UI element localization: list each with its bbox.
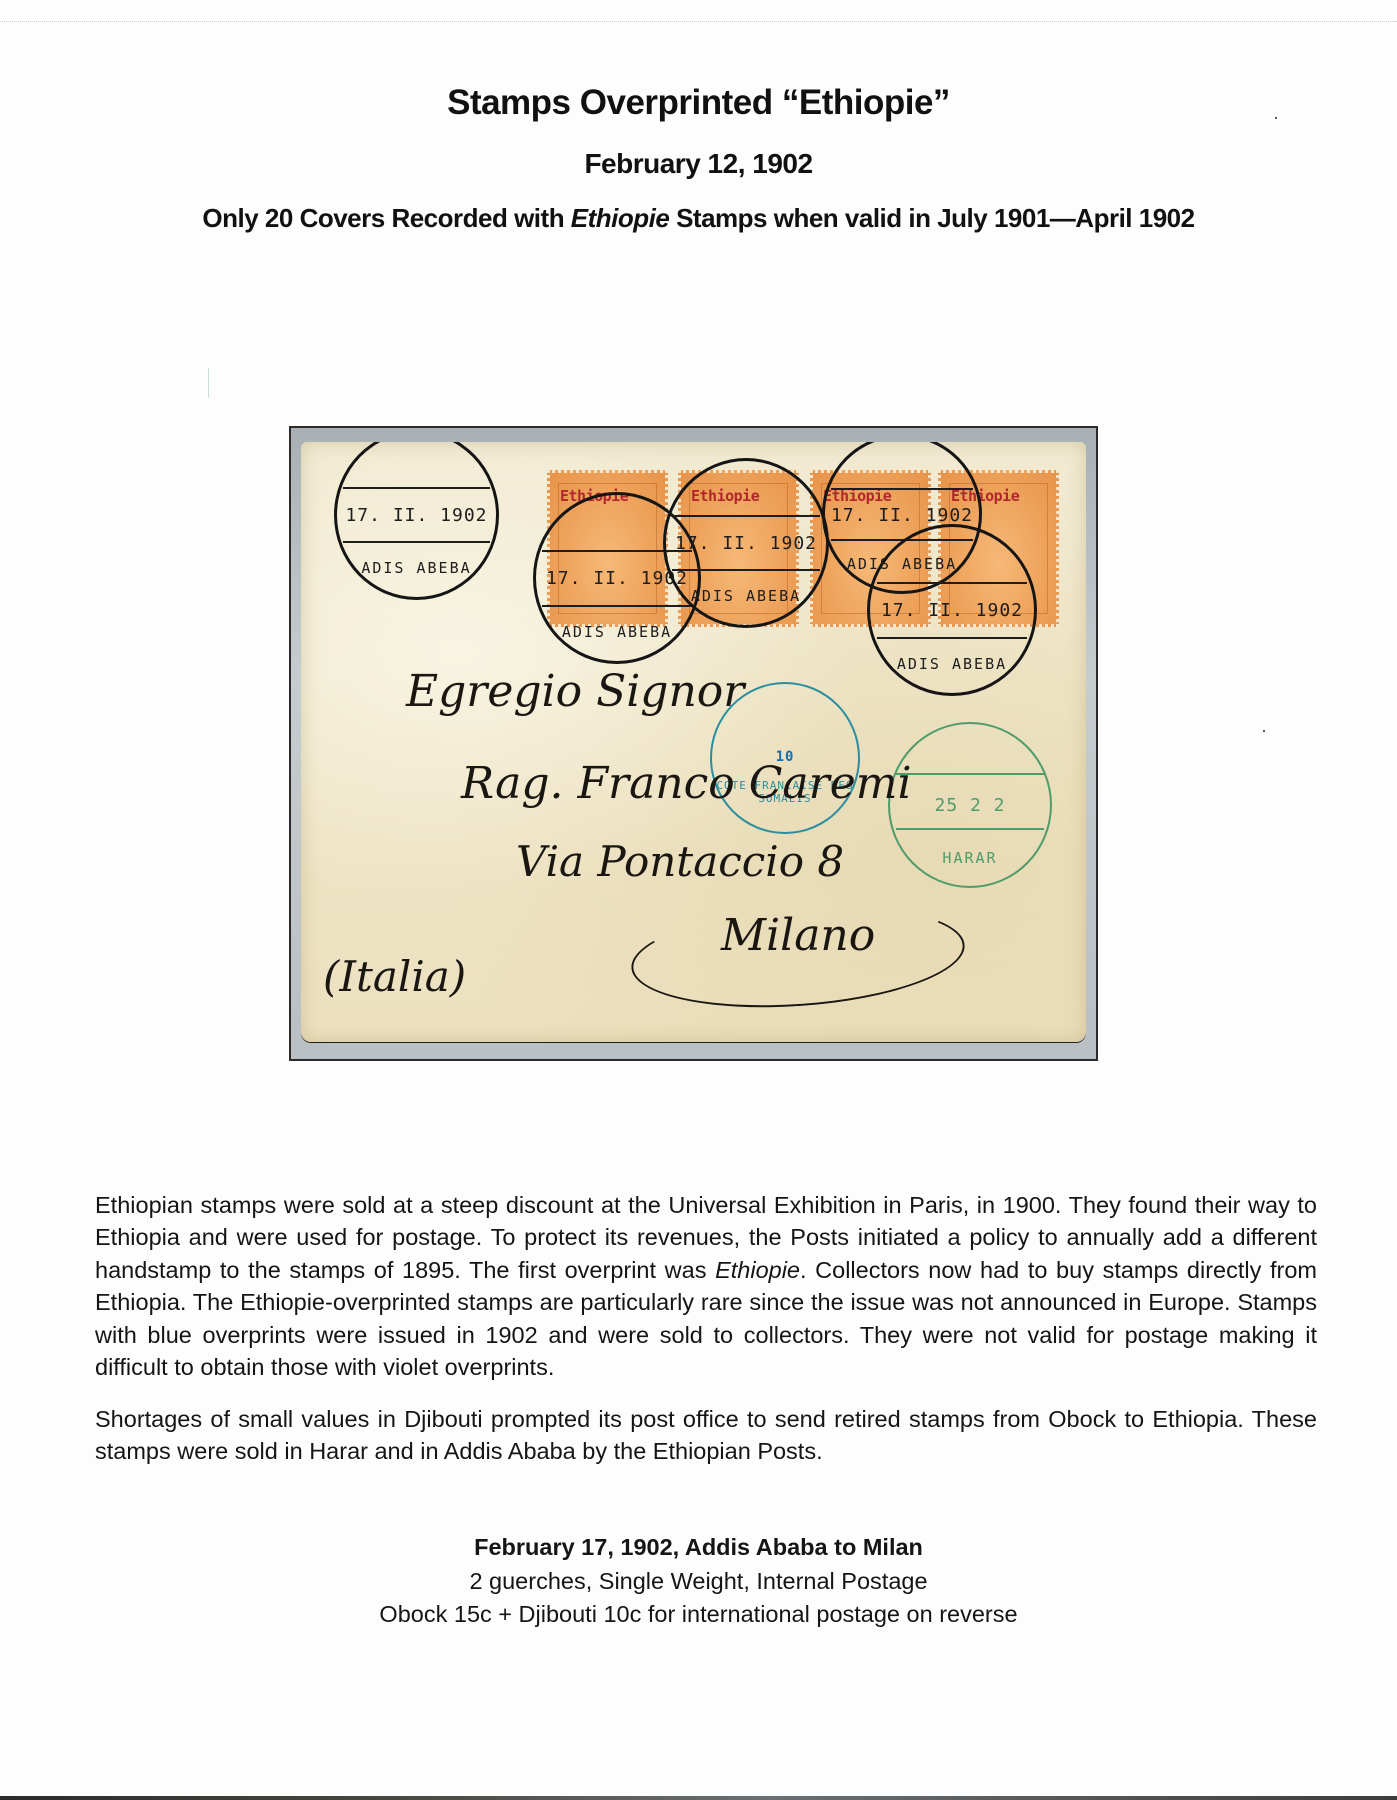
- subtitle-prefix: Only 20 Covers Recorded with: [202, 203, 570, 233]
- postmark-harar: 25 2 2 HARAR: [888, 722, 1052, 888]
- subtitle-italic: Ethiopie: [571, 203, 670, 233]
- address-line-1: Egregio Signor: [406, 666, 744, 717]
- postmark-addis-abeba: 17. II. 1902 ADIS ABEBA: [334, 442, 499, 600]
- address-line-2: Rag. Franco Caremi: [461, 758, 912, 809]
- cover-caption-title: February 17, 1902, Addis Ababa to Milan: [0, 1531, 1397, 1564]
- cover-caption-rate: 2 guerches, Single Weight, Internal Post…: [0, 1565, 1397, 1598]
- page-date: February 12, 1902: [0, 148, 1397, 180]
- scan-artifact: [1263, 730, 1265, 732]
- description-paragraph-1: Ethiopian stamps were sold at a steep di…: [95, 1189, 1317, 1383]
- scan-bottom-edge: [0, 1796, 1397, 1800]
- cover-caption-note: Obock 15c + Djibouti 10c for internation…: [0, 1598, 1397, 1631]
- subtitle-suffix: Stamps when valid in July 1901—April 190…: [669, 203, 1194, 233]
- italic-ethiopie: Ethiopie: [715, 1257, 800, 1283]
- page-top-edge: [0, 21, 1397, 22]
- address-line-3: Via Pontaccio 8: [516, 837, 844, 886]
- address-line-4: Milano: [721, 910, 875, 961]
- page-subtitle: Only 20 Covers Recorded with Ethiopie St…: [0, 203, 1397, 234]
- description-paragraph-2: Shortages of small values in Djibouti pr…: [95, 1403, 1317, 1468]
- scan-artifact: [208, 368, 209, 398]
- address-line-5: (Italia): [323, 952, 466, 1001]
- postmark-addis-abeba: 17. II. 1902 ADIS ABEBA: [867, 524, 1037, 696]
- cover-photo: Ethiopie Ethiopie Ethiopie Ethiopie 17. …: [289, 426, 1098, 1061]
- envelope: Ethiopie Ethiopie Ethiopie Ethiopie 17. …: [301, 442, 1086, 1042]
- postmark-addis-abeba: 17. II. 1902 ADIS ABEBA: [663, 458, 829, 628]
- page-title: Stamps Overprinted “Ethiopie”: [0, 83, 1397, 123]
